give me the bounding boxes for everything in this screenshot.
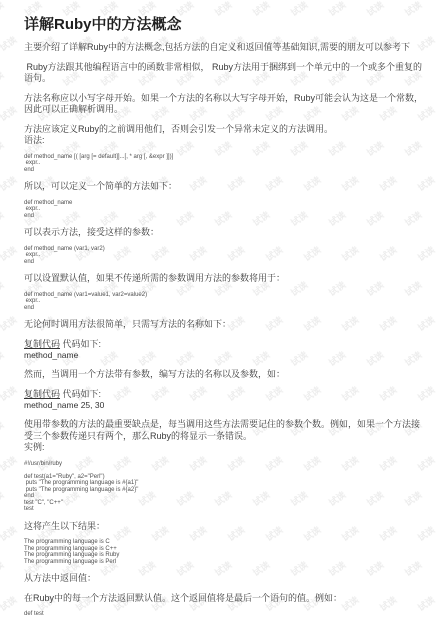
paragraph: 主要介绍了详解Ruby中的方法概念,包括方法的自定义和返回值等基础知识,需要的朋…: [24, 42, 426, 54]
code-block: def method_name expr.. end: [24, 200, 426, 220]
copy-code-link[interactable]: 复制代码: [24, 339, 60, 349]
code-block: The programming language is C The progra…: [24, 539, 426, 565]
paragraph: 从方法中返回值：: [24, 573, 426, 585]
paragraph: 所以，可以定义一个简单的方法如下：: [24, 181, 426, 193]
page-title: 详解Ruby中的方法概念: [24, 15, 426, 34]
code-block: #!/usr/bin/ruby def test(a1="Ruby", a2="…: [24, 461, 426, 513]
code-block: def method_name (var1=value1, var2=value…: [24, 292, 426, 312]
paragraph: 方法名称应以小写字母开始。如果一个方法的名称以大写字母开始，Ruby可能会认为这…: [24, 93, 426, 116]
paragraph: 这将产生以下结果：: [24, 521, 426, 533]
article-content: 详解Ruby中的方法概念 主要介绍了详解Ruby中的方法概念,包括方法的自定义和…: [0, 0, 440, 618]
paragraph: 可以设置默认值，如果不传递所需的参数调用方法的参数将用于：: [24, 273, 426, 285]
paragraph: 使用带参数的方法的最重要缺点是，每当调用这些方法需要记住的参数个数。例如，如果一…: [24, 419, 426, 454]
paragraph: 然而，当调用一个方法带有参数，编写方法的名称以及参数，如：: [24, 369, 426, 381]
paragraph: 方法应该定义Ruby的之前调用他们，否则会引发一个异常未定义的方法调用。语法:: [24, 124, 426, 147]
paragraph: 在Ruby中的每一个方法返回默认值。这个返回值将是最后一个语句的值。例如：: [24, 593, 426, 605]
copy-code-label: 代码如下:: [60, 339, 101, 349]
code-block: def test: [24, 611, 426, 618]
paragraph: Ruby方法跟其他编程语言中的函数非常相似， Ruby方法用于捆绑到一个单元中的…: [24, 62, 426, 85]
paragraph: 可以表示方法，接受这样的参数：: [24, 227, 426, 239]
copy-code-link[interactable]: 复制代码: [24, 389, 60, 399]
article-blocks: 主要介绍了详解Ruby中的方法概念,包括方法的自定义和返回值等基础知识,需要的朋…: [24, 42, 426, 618]
copy-code-label: 代码如下:: [60, 389, 101, 399]
copy-code-block: 复制代码 代码如下:method_name 25, 30: [24, 389, 426, 412]
code-block: def method_name (var1, var2) expr.. end: [24, 246, 426, 266]
paragraph: 无论何时调用方法很简单，只需写方法的名称如下：: [24, 319, 426, 331]
inline-code-line: method_name: [24, 350, 426, 361]
document-page: 试读试读试读试读试读试读试读试读试读试读试读试读试读试读试读试读试读试读试读试读…: [0, 0, 440, 620]
inline-code-line: method_name 25, 30: [24, 400, 426, 411]
copy-code-block: 复制代码 代码如下:method_name: [24, 339, 426, 362]
code-block: def method_name [( [arg [= default]]...[…: [24, 154, 426, 174]
